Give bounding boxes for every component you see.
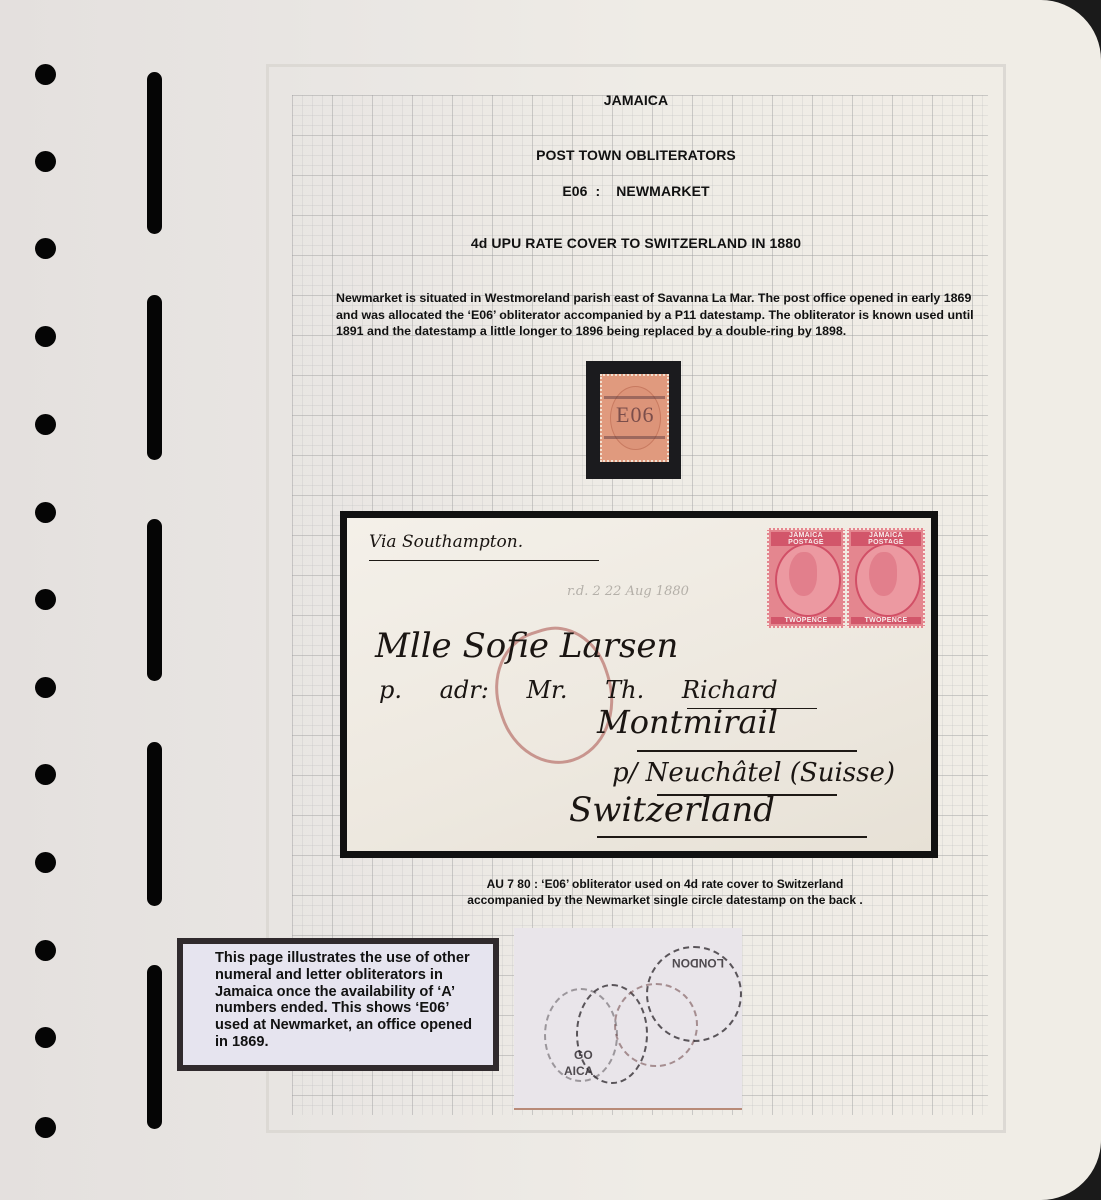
pencil-note: r.d. 2 22 Aug 1880: [567, 584, 689, 599]
description-paragraph: Newmarket is situated in Westmoreland pa…: [336, 290, 996, 340]
section-title: POST TOWN OBLITERATORS: [266, 147, 1006, 163]
stamp-bottom-text: TWOPENCE: [851, 617, 921, 624]
stamp-bottom-text: TWOPENCE: [771, 617, 841, 624]
binder-hole: [35, 326, 56, 347]
route-underline: [369, 560, 599, 561]
address-underline: [637, 750, 857, 752]
cover-caption: AU 7 80 : ‘E06’ obliterator used on 4d r…: [420, 876, 910, 908]
single-stamp-mount: E06: [586, 361, 681, 479]
cover-mount: Via Southampton. r.d. 2 22 Aug 1880 Mlle…: [340, 511, 938, 858]
queen-head: [869, 552, 897, 596]
page-title: JAMAICA: [266, 92, 1006, 108]
address-line-4: p/ Neuchâtel (Suisse): [612, 758, 895, 788]
obliterator-bar: [604, 436, 665, 439]
route-endorsement: Via Southampton.: [369, 532, 523, 552]
datestamp-text: GO: [574, 1048, 593, 1062]
binder-hole: [35, 151, 56, 172]
address-line-2: p. adr: Mr. Th. Richard: [379, 676, 778, 704]
binder-slot: [147, 742, 162, 906]
binder-hole: [35, 764, 56, 785]
obliterator-bar: [604, 396, 665, 399]
subheading: 4d UPU RATE COVER TO SWITZERLAND IN 1880: [266, 235, 1006, 251]
code-heading: E06 : NEWMARKET: [266, 183, 1006, 199]
address-line-1: Mlle Sofie Larsen: [375, 626, 678, 666]
binder-slot: [147, 519, 162, 681]
binder-hole: [35, 852, 56, 873]
binder-hole: [35, 1117, 56, 1138]
binder-hole: [35, 414, 56, 435]
single-stamp: E06: [600, 374, 669, 462]
binder-hole: [35, 677, 56, 698]
binder-hole: [35, 238, 56, 259]
backstamp-piece: GO AICA LONDON: [514, 928, 742, 1110]
info-note-text: This page illustrates the use of other n…: [183, 944, 493, 1065]
datestamp-text: AICA: [564, 1064, 593, 1078]
binder-hole: [35, 64, 56, 85]
address-line-5: Switzerland: [569, 790, 775, 830]
caption-line-2: accompanied by the Newmarket single circ…: [420, 892, 910, 908]
binder-slot: [147, 965, 162, 1129]
album-sheet: JAMAICA POST TOWN OBLITERATORS E06 : NEW…: [0, 0, 1101, 1200]
datestamp-text: LONDON: [672, 956, 724, 970]
obliterator-cancel: E06: [616, 402, 654, 428]
binder-slot: [147, 72, 162, 234]
info-note-box: This page illustrates the use of other n…: [177, 938, 499, 1071]
binder-slot: [147, 295, 162, 460]
queen-head: [789, 552, 817, 596]
binder-hole: [35, 589, 56, 610]
address-line-3: Montmirail: [597, 703, 778, 741]
address-underline: [597, 836, 867, 838]
twopence-stamp: JAMAICA POSTAGE TWOPENCE: [767, 528, 845, 628]
binder-hole: [35, 940, 56, 961]
binder-hole: [35, 1027, 56, 1048]
binder-hole: [35, 502, 56, 523]
twopence-stamp: JAMAICA POSTAGE TWOPENCE: [847, 528, 925, 628]
stamp-pair: JAMAICA POSTAGE TWOPENCE JAMAICA POSTAGE…: [767, 528, 927, 628]
postal-cover: Via Southampton. r.d. 2 22 Aug 1880 Mlle…: [347, 518, 931, 851]
caption-line-1: AU 7 80 : ‘E06’ obliterator used on 4d r…: [420, 876, 910, 892]
